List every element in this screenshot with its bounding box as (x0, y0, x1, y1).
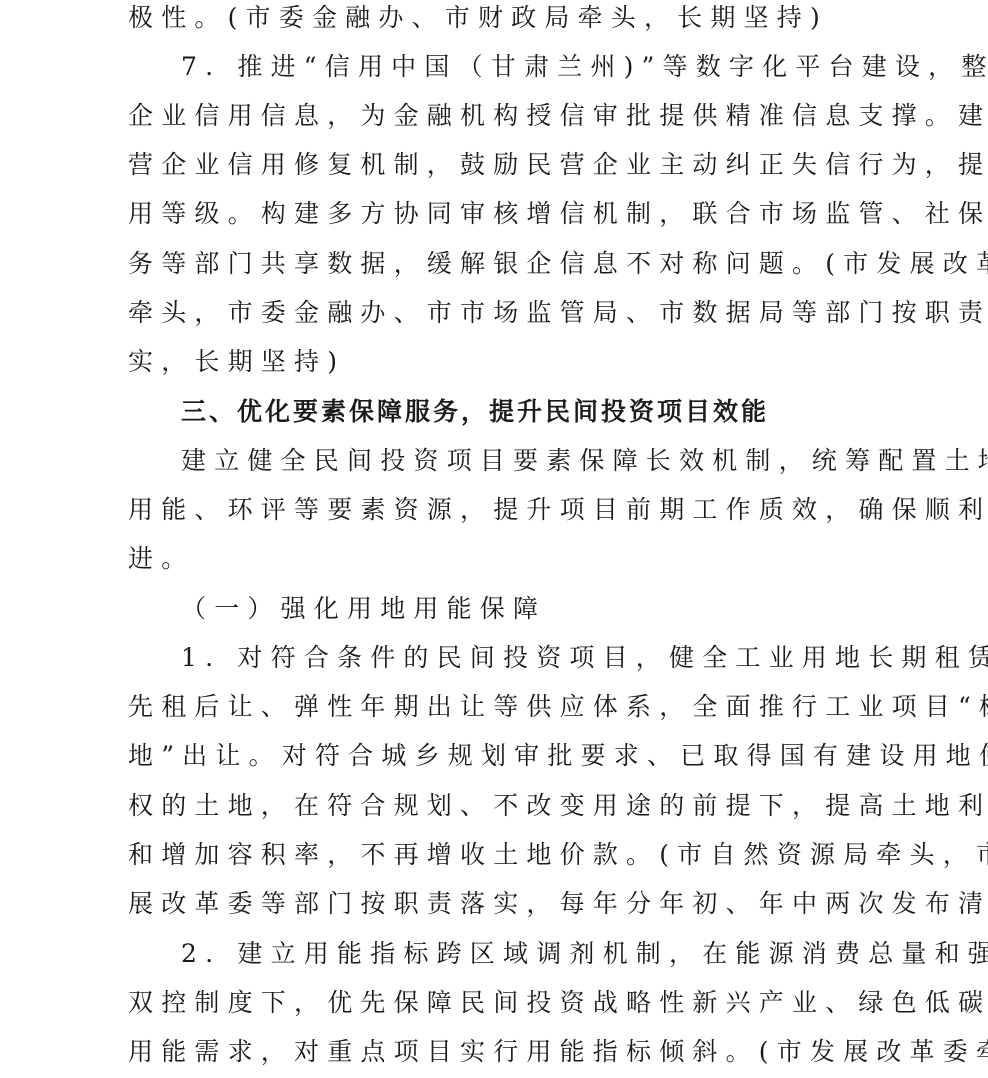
section-intro-line-2: 用能、环评等要素资源，提升项目前期工作质效，确保顺利推 (128, 492, 860, 528)
section-intro-line-3: 进。 (128, 541, 860, 577)
section-heading-3: 三、优化要素保障服务，提升民间投资项目效能 (181, 394, 860, 430)
item-7-line-7: 实，长期坚持) (128, 344, 860, 380)
item-7-line-4: 用等级。构建多方协同审核增信机制，联合市场监管、社保、税 (128, 196, 860, 232)
item-7-line-6: 牵头，市委金融办、市市场监管局、市数据局等部门按职责落 (128, 295, 860, 331)
item-7-line-3: 营企业信用修复机制，鼓励民营企业主动纠正失信行为，提升信 (128, 147, 860, 183)
item-1-line-4: 权的土地，在符合规划、不改变用途的前提下，提高土地利用率 (128, 788, 860, 824)
document-page: 极性。(市委金融办、市财政局牵头，长期坚持) 7. 推进“信用中国（甘肃兰州)”… (0, 0, 988, 1078)
item-1-line-1: 1. 对符合条件的民间投资项目，健全工业用地长期租赁、 (181, 640, 860, 676)
section-intro-line-1: 建立健全民间投资项目要素保障长效机制，统筹配置土地、 (181, 443, 860, 479)
item-1-line-6: 展改革委等部门按职责落实，每年分年初、年中两次发布清单) (128, 886, 860, 922)
item-7-line-2: 企业信用信息，为金融机构授信审批提供精准信息支撑。建立民 (128, 98, 860, 134)
item-2-line-2: 双控制度下，优先保障民间投资战略性新兴产业、绿色低碳项目 (128, 985, 860, 1021)
item-7-line-1: 7. 推进“信用中国（甘肃兰州)”等数字化平台建设，整合 (181, 49, 860, 85)
item-2-line-3: 用能需求，对重点项目实行用能指标倾斜。(市发展改革委牵头， (128, 1034, 860, 1070)
item-7-line-5: 务等部门共享数据，缓解银企信息不对称问题。(市发展改革委 (128, 246, 860, 282)
paragraph-line-continuation: 极性。(市委金融办、市财政局牵头，长期坚持) (128, 0, 860, 36)
item-1-line-2: 先租后让、弹性年期出让等供应体系，全面推行工业项目“标准 (128, 689, 860, 725)
subsection-heading-1: （一）强化用地用能保障 (181, 591, 860, 627)
item-1-line-3: 地”出让。对符合城乡规划审批要求、已取得国有建设用地使用 (128, 738, 860, 774)
item-2-line-1: 2. 建立用能指标跨区域调剂机制，在能源消费总量和强度 (181, 936, 860, 972)
item-1-line-5: 和增加容积率，不再增收土地价款。(市自然资源局牵头，市发 (128, 837, 860, 873)
